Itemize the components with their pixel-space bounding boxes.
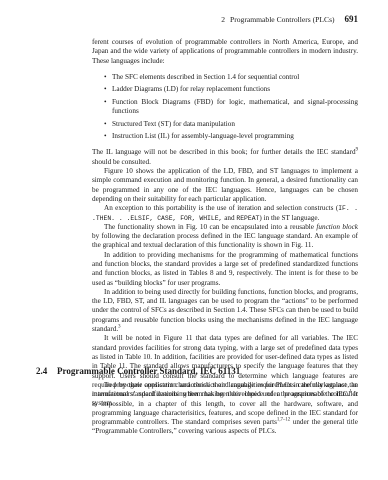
section-number: 2.4 xyxy=(36,366,57,376)
text: and xyxy=(222,214,236,222)
list-item: Ladder Diagrams (LD) for relay replaceme… xyxy=(104,85,358,94)
paragraph-fig10: Figure 10 shows the application of the L… xyxy=(92,167,358,204)
text: should be consulted. xyxy=(92,158,151,166)
paragraph-function-block: The functionality shown in Fig. 10 can b… xyxy=(92,223,358,251)
footnote-ref: 3 xyxy=(118,325,120,330)
list-item: Function Block Diagrams (FBD) for logic,… xyxy=(104,98,358,117)
paragraph-building-blocks: In addition to providing mechanisms for … xyxy=(92,251,358,288)
language-list: The SFC elements described in Section 1.… xyxy=(92,73,358,142)
running-header: 2 Programmable Controllers (PLCs) 691 xyxy=(92,14,358,24)
section-title: Programmable Controller Standard, IEC 61… xyxy=(57,366,240,376)
list-item: The SFC elements described in Section 1.… xyxy=(104,73,358,82)
section-text: To propogate consistent characteristics … xyxy=(92,381,358,437)
paragraph-il: The IL language will not be described in… xyxy=(92,148,358,167)
footnote-ref: 9 xyxy=(356,148,358,153)
list-item: Structured Text (ST) for data manipulati… xyxy=(104,120,358,129)
text: The functionality shown in Fig. 10 can b… xyxy=(104,223,316,231)
text: ) in the ST language. xyxy=(259,214,319,222)
paragraph-standard: To propogate consistent characteristics … xyxy=(92,381,358,437)
text: To propogate consistent characteristics … xyxy=(92,381,358,398)
chapter-number: 2 xyxy=(221,15,225,24)
paragraph-exception: An exception to this portability is the … xyxy=(92,204,358,223)
text: An exception to this portability is the … xyxy=(104,204,338,212)
chapter-title: Programmable Controllers (PLCs) xyxy=(230,15,335,24)
main-text: ferent courses of evolution of programma… xyxy=(92,38,358,409)
list-item: Instruction List (IL) for assembly-langu… xyxy=(104,132,358,141)
emphasis: function block xyxy=(316,223,358,231)
intro-paragraph: ferent courses of evolution of programma… xyxy=(92,38,358,66)
paragraph-sfc: In addition to being used directly for b… xyxy=(92,288,358,334)
page-number: 691 xyxy=(345,14,359,24)
code-keyword: REPEAT xyxy=(236,215,259,222)
text: by following the declaration process def… xyxy=(92,232,358,249)
text: In addition to being used directly for b… xyxy=(92,288,358,333)
section-heading: 2.4Programmable Controller Standard, IEC… xyxy=(36,366,240,376)
text: The IL language will not be described in… xyxy=(92,148,356,156)
footnote-ref: 1,7–12 xyxy=(277,418,290,423)
